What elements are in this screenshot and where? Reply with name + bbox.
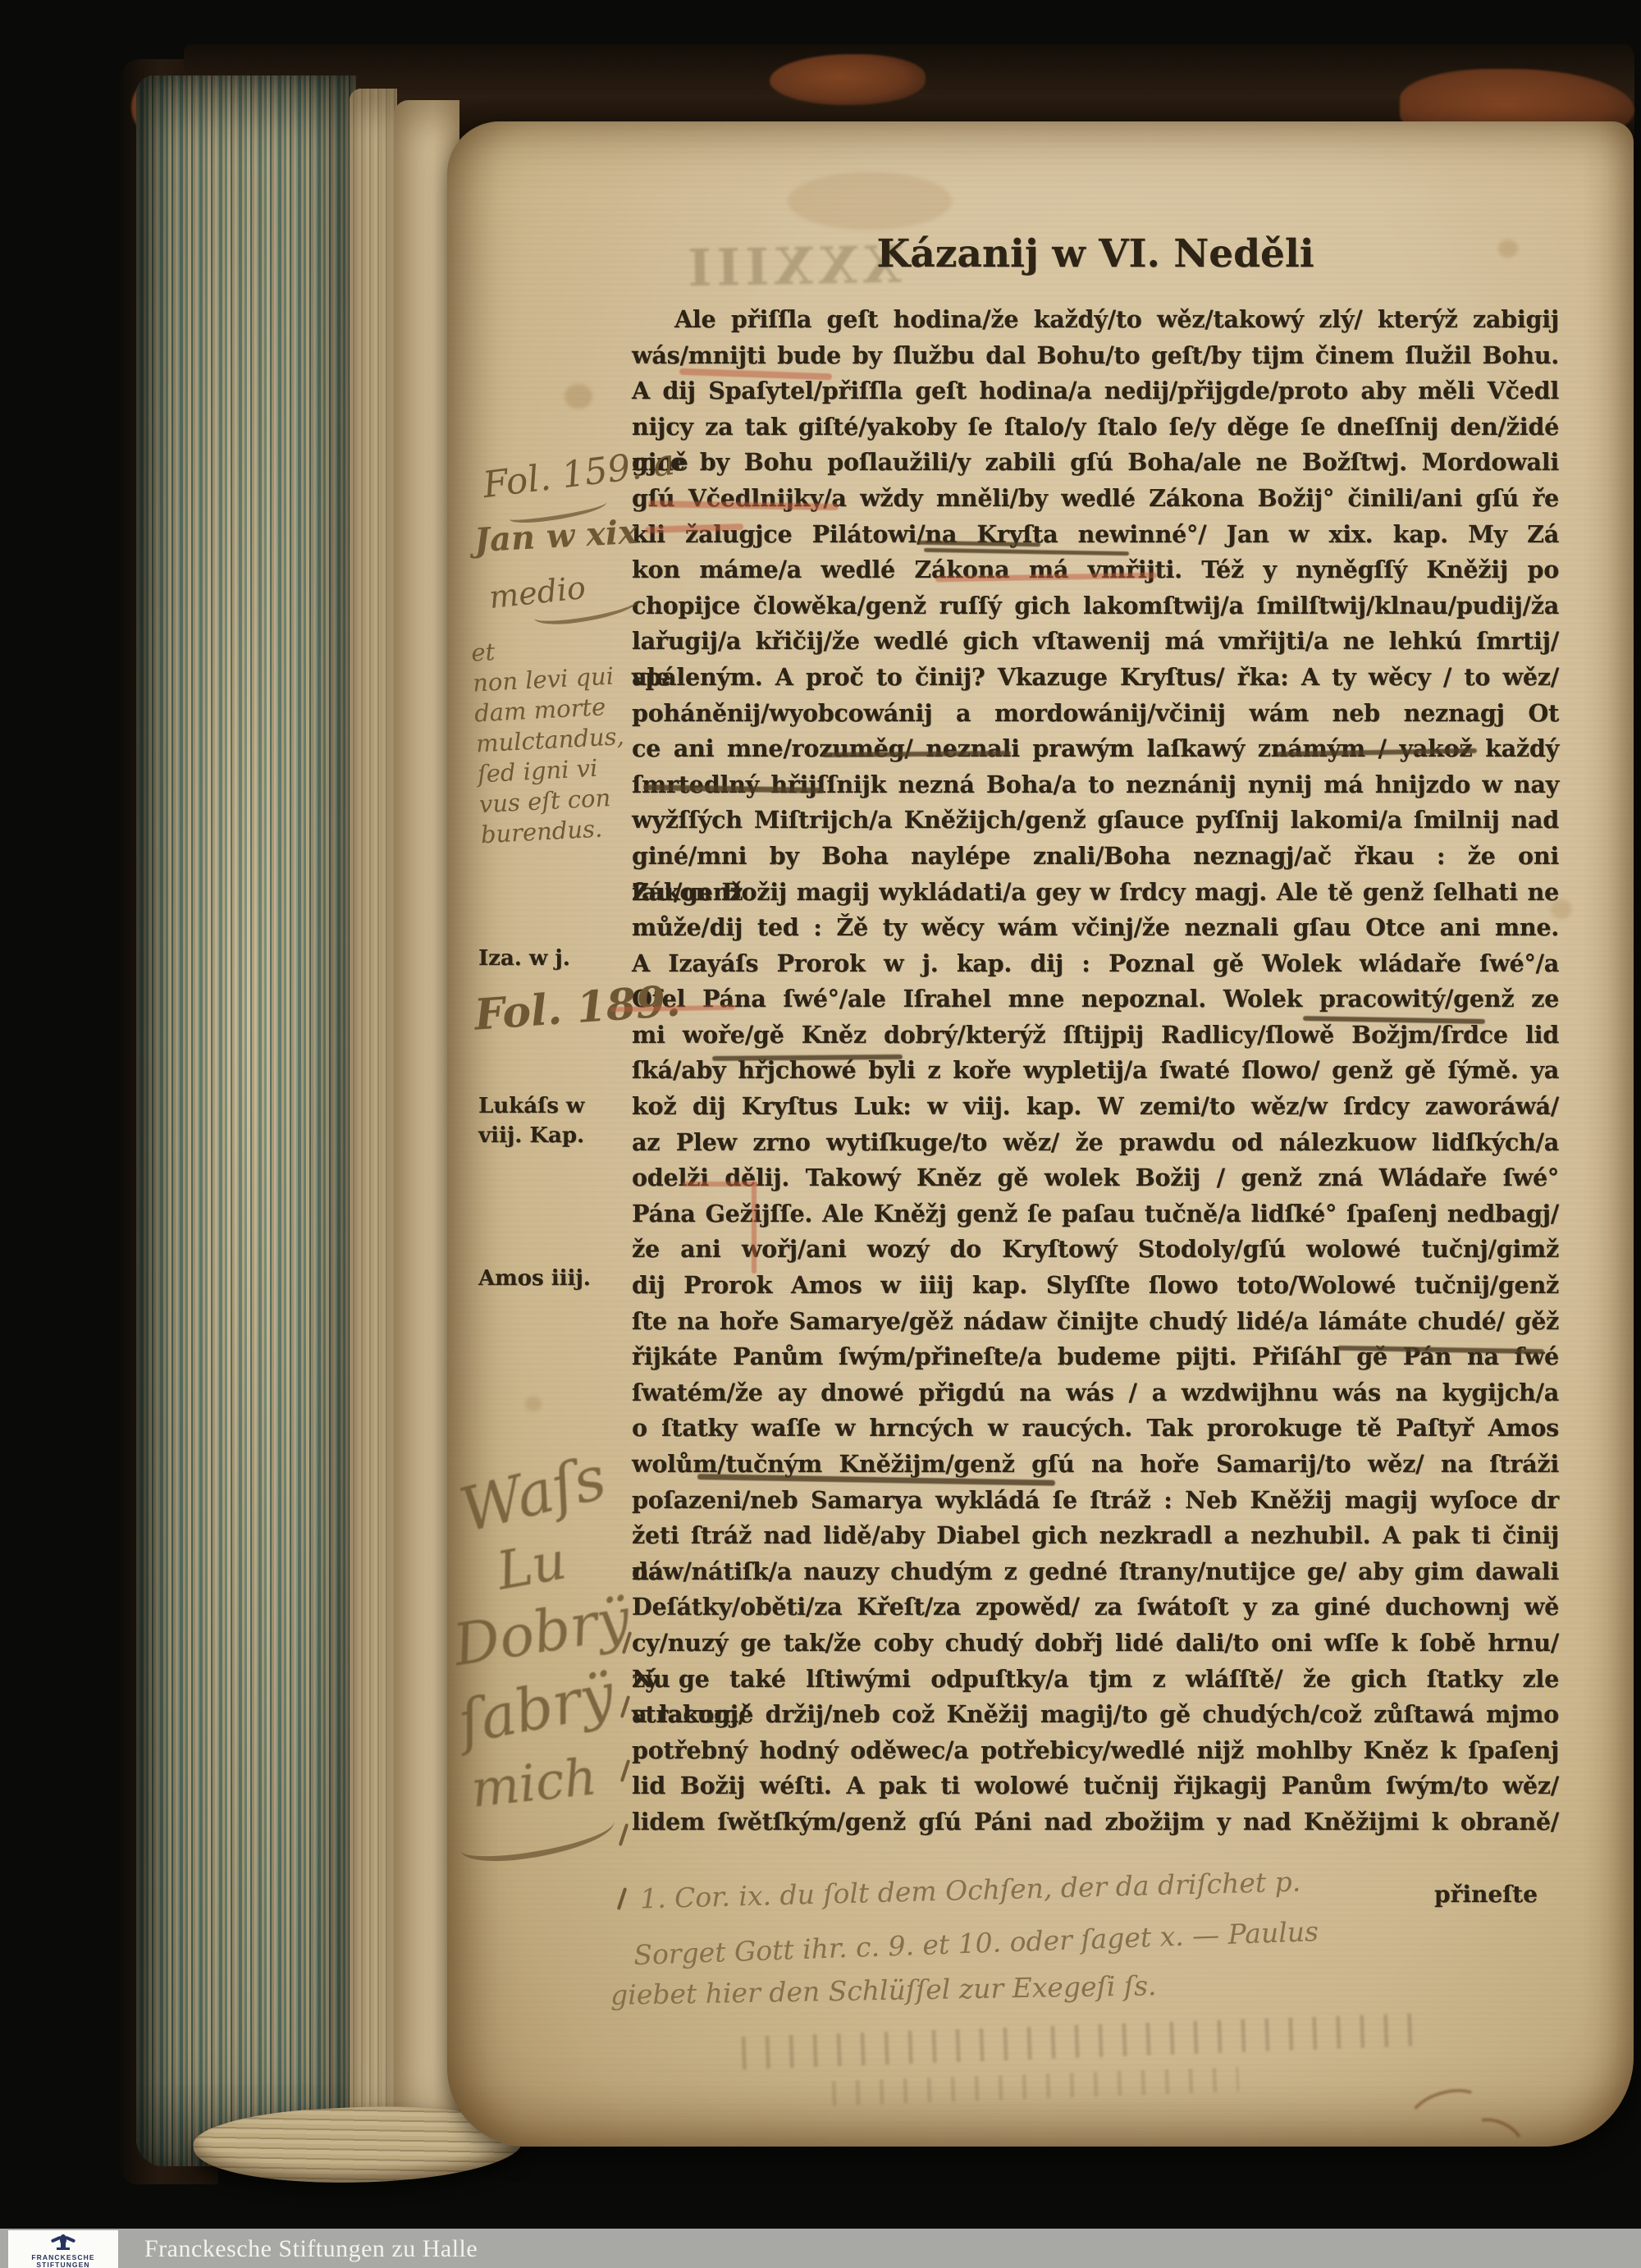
- body-text-line: daw/nátiſk/a nauzy chudým z gedné ſtrany…: [632, 1554, 1559, 1590]
- body-text-line: gjce by Bohu poſlaužili/y zabili gſú Boh…: [632, 445, 1559, 481]
- body-text-line: cy/nuzý ge tak/že coby chudý dobřj lidé …: [632, 1626, 1559, 1662]
- body-text-line: kož dij Kryſtus Luk: w viij. kap. W zemi…: [632, 1089, 1559, 1125]
- body-text-line: wyžſſých Miſtrijch/a Kněžijch/genž gſauc…: [632, 802, 1559, 839]
- body-text-line: Deſátky/oběti/za Křeſt/za zpowěd/ za ſwá…: [632, 1589, 1559, 1626]
- logo-text-line2: STIFTUNGEN: [8, 2261, 118, 2268]
- body-text-line: ſmrtedlný hřijſſnijk nezná Boha/a to nez…: [632, 767, 1559, 803]
- margin-note-luke-line2: viij. Kap.: [478, 1121, 631, 1150]
- body-text-block: Ale přiſſla geſt hodina/že každý/to wěz/…: [632, 302, 1559, 1840]
- margin-note-isaiah: Iza. w j.: [478, 944, 631, 973]
- body-text-line: Oſel Pána ſwé°/ale Iſrahel mne nepoznal.…: [632, 981, 1559, 1017]
- body-text-line: Pána Gežijſſe. Ale Kněžj genž ſe paſau t…: [632, 1196, 1559, 1232]
- body-text-line: kon máme/a wedlé Zákona má vmřijti. Též …: [632, 552, 1559, 588]
- body-text-line: ſwatém/že ay dnowé přigdú na wás / a wzd…: [632, 1375, 1559, 1411]
- page-title: Kázanij w VI. Neděli: [632, 231, 1559, 277]
- page-block-fore-edge: [136, 75, 356, 2166]
- handwritten-latin-note: et non levi qui dam morte mulctandus, ſe…: [470, 629, 653, 851]
- body-text-line: poſazeni/neb Samarya wykládá ſe ſtráž : …: [632, 1483, 1559, 1519]
- body-text-line: kli žalugjce Pilátowi/na Kryſta newinné°…: [632, 517, 1559, 553]
- body-text-line: A Izayáſs Prorok w j. kap. dij : Poznal …: [632, 946, 1559, 982]
- library-name-label: Franckesche Stiftungen zu Halle: [144, 2235, 478, 2263]
- body-text-line: gſú Včedlnijky/a wždy mněli/by wedlé Zák…: [632, 481, 1559, 517]
- body-text-line: chopijce člowěka/genž ruſſý gich lakomſt…: [632, 588, 1559, 624]
- library-logo: FRANCKESCHE STIFTUNGEN: [8, 2230, 118, 2268]
- body-text-line: zý ge také lſtiwými odpuſtky/a tjm z wlá…: [632, 1662, 1559, 1698]
- digitized-book-scan: XXXIII Kázanij w VI. Neděli Ale přiſſla …: [0, 0, 1641, 2268]
- body-text-line: vpáleným. A proč to činij? Vkazuge Kryſt…: [632, 660, 1559, 696]
- body-text-line: wás/mnijti bude by ſlužbu dal Bohu/to ge…: [632, 338, 1559, 374]
- body-text-line: Ale přiſſla geſt hodina/že každý/to wěz/…: [632, 302, 1559, 338]
- stain: [788, 172, 952, 230]
- body-text-line: lařugij/a křičij/že wedlé gich vſtawenij…: [632, 624, 1559, 660]
- body-text-line: ſte na hoře Samarye/gěž nádaw činijte ch…: [632, 1304, 1559, 1340]
- red-chalk-bracket-side: [752, 1182, 757, 1273]
- body-text-line: Zákon Božij magij wykládati/a gey w ſrdc…: [632, 875, 1559, 911]
- body-text-line: může/dij ted : Žě ty wěcy wám včinj/že n…: [632, 910, 1559, 946]
- body-text-line: že ani wořj/ani wozý do Kryſtowý Stodoly…: [632, 1232, 1559, 1268]
- foxing-spot: [565, 384, 592, 409]
- body-text-line: A dij Spaſytel/přiſſla geſt hodina/a ned…: [632, 373, 1559, 409]
- leather-damage-patch: [770, 54, 926, 105]
- catchword: přineſte: [1434, 1881, 1538, 1908]
- margin-note-amos: Amos iiij.: [478, 1264, 631, 1293]
- red-chalk-bracket-top: [683, 1182, 758, 1187]
- margin-note-luke-line1: Lukáſs w: [478, 1091, 631, 1121]
- body-text-line: az Plew zrno wytiſkuge/to wěz/ že prawdu…: [632, 1125, 1559, 1161]
- body-text-line: nijcy za tak giſté/yakoby ſe ſtalo/y ſta…: [632, 409, 1559, 446]
- page-edge-step: [350, 89, 397, 2148]
- ink-scrawl: Lu: [492, 1530, 570, 1602]
- body-text-line: odelži dělij. Takowý Kněz gě wolek Božij…: [632, 1160, 1559, 1196]
- francke-foundations-eagle-icon: [50, 2234, 76, 2252]
- body-text-line: potřebný hodný oděwec/a potřebicy/wedlé …: [632, 1733, 1559, 1769]
- body-text-line: řijkáte Panům ſwým/přineſte/a budeme pij…: [632, 1339, 1559, 1375]
- body-text-line: poháněnij/wyobcowánij a mordowánij/včini…: [632, 696, 1559, 732]
- margin-note-luke: Lukáſs w viij. Kap.: [478, 1091, 631, 1150]
- body-text-line: žeti ſtráž nad lidě/aby Diabel gich nezk…: [632, 1518, 1559, 1554]
- body-text-line: o ſtatky waſſe w hrncých w raucých. Tak …: [632, 1411, 1559, 1447]
- body-text-line: lidem ſwětſkým/genž gſú Páni nad zbožijm…: [632, 1804, 1559, 1840]
- body-text-line: giné/mni by Boha naylépe znali/Boha nezn…: [632, 839, 1559, 875]
- body-text-line: lid Božij wéſti. A pak ti wolowé tučnij …: [632, 1768, 1559, 1804]
- body-text-line: dij Prorok Amos w iiij kap. Slyſſte ſlow…: [632, 1268, 1559, 1304]
- foxing-spot: [525, 1397, 542, 1411]
- body-text-line: a lakomě držij/neb což Kněžij magij/to g…: [632, 1697, 1559, 1733]
